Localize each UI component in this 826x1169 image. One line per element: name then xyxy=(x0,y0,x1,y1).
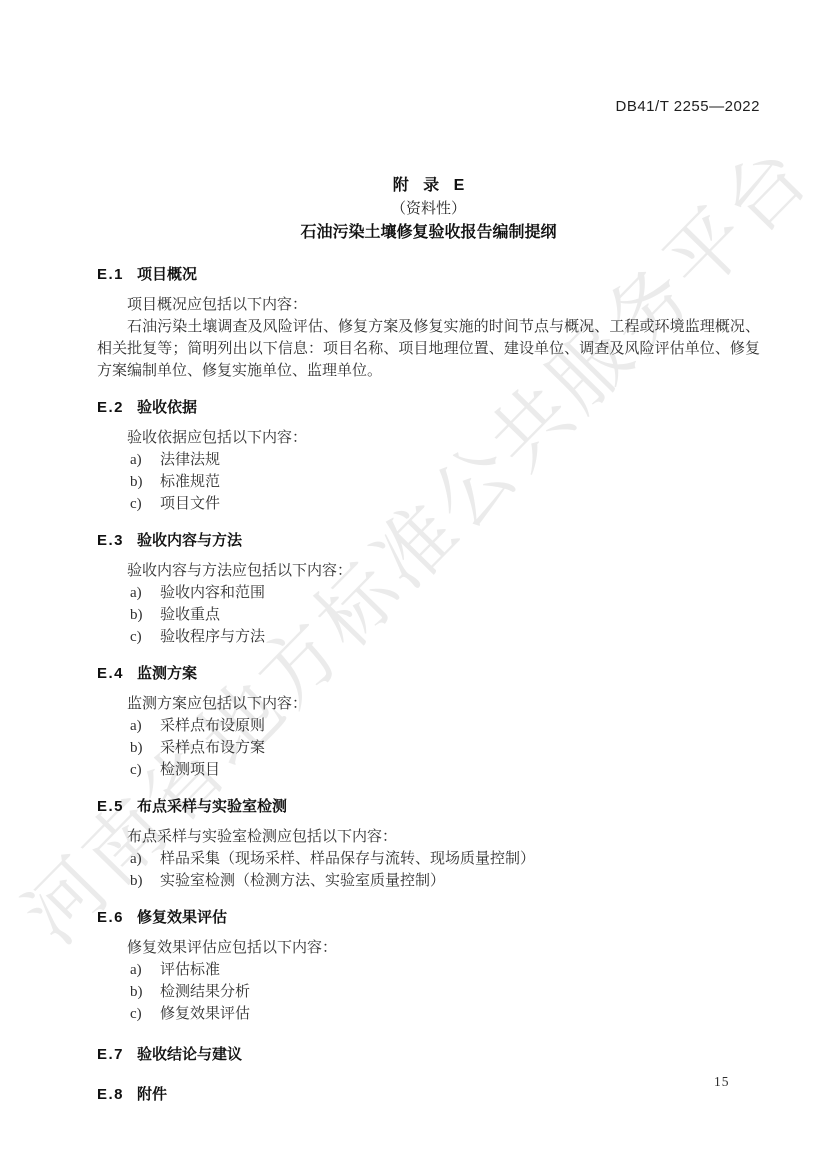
list-item-text: 评估标准 xyxy=(160,962,220,978)
list-item-text: 检测结果分析 xyxy=(160,984,250,1000)
section-intro: 项目概况应包括以下内容： xyxy=(97,294,760,316)
section-heading-text: 修复效果评估 xyxy=(137,909,227,926)
section-heading: E.7验收结论与建议 xyxy=(97,1045,760,1065)
list-item-label: a) xyxy=(130,848,160,870)
section-heading: E.5布点采样与实验室检测 xyxy=(97,797,760,817)
list-item: c)项目文件 xyxy=(97,493,760,515)
list-item: b)采样点布设方案 xyxy=(97,737,760,759)
list-item-text: 实验室检测（检测方法、实验室质量控制） xyxy=(160,873,445,889)
section-paragraph: 石油污染土壤调查及风险评估、修复方案及修复实施的时间节点与概况、工程或环境监理概… xyxy=(97,316,760,382)
section-number: E.5 xyxy=(97,797,124,817)
section-heading: E.1项目概况 xyxy=(97,265,760,285)
section-intro: 修复效果评估应包括以下内容： xyxy=(97,937,760,959)
appendix-label: 附 录 E xyxy=(97,174,760,198)
list-item-label: c) xyxy=(130,1003,160,1025)
section-intro: 验收内容与方法应包括以下内容： xyxy=(97,560,760,582)
section-heading-text: 附件 xyxy=(137,1086,167,1103)
list-item-text: 样品采集（现场采样、样品保存与流转、现场质量控制） xyxy=(160,851,535,867)
list-item-label: b) xyxy=(130,604,160,626)
section-e3: E.3验收内容与方法 验收内容与方法应包括以下内容： a)验收内容和范围 b)验… xyxy=(97,531,760,648)
section-heading-text: 验收依据 xyxy=(137,399,197,416)
section-heading-text: 布点采样与实验室检测 xyxy=(137,798,287,815)
list-item-label: c) xyxy=(130,626,160,648)
list-item: c)验收程序与方法 xyxy=(97,626,760,648)
list-item-text: 检测项目 xyxy=(160,762,220,778)
list-item-text: 验收程序与方法 xyxy=(160,629,265,645)
document-page: 河南省地方标准公共服务平台 DB41/T 2255—2022 附 录 E （资料… xyxy=(0,0,826,1169)
section-e6: E.6修复效果评估 修复效果评估应包括以下内容： a)评估标准 b)检测结果分析… xyxy=(97,908,760,1025)
list-item: b)验收重点 xyxy=(97,604,760,626)
list-item: b)检测结果分析 xyxy=(97,981,760,1003)
section-e5: E.5布点采样与实验室检测 布点采样与实验室检测应包括以下内容： a)样品采集（… xyxy=(97,797,760,892)
section-e4: E.4监测方案 监测方案应包括以下内容： a)采样点布设原则 b)采样点布设方案… xyxy=(97,664,760,781)
list-item-label: c) xyxy=(130,759,160,781)
list-item: a)采样点布设原则 xyxy=(97,715,760,737)
section-number: E.8 xyxy=(97,1085,124,1105)
list-item-label: c) xyxy=(130,493,160,515)
list-item: c)修复效果评估 xyxy=(97,1003,760,1025)
section-heading: E.2验收依据 xyxy=(97,398,760,418)
section-e8: E.8附件 xyxy=(97,1085,760,1105)
list-item-text: 采样点布设方案 xyxy=(160,740,265,756)
list-item: b)标准规范 xyxy=(97,471,760,493)
section-e1: E.1项目概况 项目概况应包括以下内容： 石油污染土壤调查及风险评估、修复方案及… xyxy=(97,265,760,382)
list-item-text: 项目文件 xyxy=(160,496,220,512)
list-item: a)法律法规 xyxy=(97,449,760,471)
list-item-label: b) xyxy=(130,737,160,759)
appendix-title-block: 附 录 E （资料性） 石油污染土壤修复验收报告编制提纲 xyxy=(97,174,760,245)
list-item-label: a) xyxy=(130,959,160,981)
appendix-type-note: （资料性） xyxy=(97,198,760,221)
list-item-text: 标准规范 xyxy=(160,474,220,490)
section-number: E.1 xyxy=(97,265,124,285)
section-intro: 验收依据应包括以下内容： xyxy=(97,427,760,449)
appendix-name: 石油污染土壤修复验收报告编制提纲 xyxy=(97,221,760,245)
list-item-text: 法律法规 xyxy=(160,452,220,468)
page-content: 附 录 E （资料性） 石油污染土壤修复验收报告编制提纲 E.1项目概况 项目概… xyxy=(97,174,760,1114)
page-number: 15 xyxy=(714,1074,730,1090)
list-item-label: b) xyxy=(130,870,160,892)
list-item-label: b) xyxy=(130,471,160,493)
list-item: a)样品采集（现场采样、样品保存与流转、现场质量控制） xyxy=(97,848,760,870)
section-number: E.4 xyxy=(97,664,124,684)
section-heading-text: 项目概况 xyxy=(137,266,197,283)
list-item: c)检测项目 xyxy=(97,759,760,781)
section-intro: 布点采样与实验室检测应包括以下内容： xyxy=(97,826,760,848)
list-item: a)评估标准 xyxy=(97,959,760,981)
list-item-label: a) xyxy=(130,715,160,737)
list-item-label: a) xyxy=(130,449,160,471)
list-item-text: 采样点布设原则 xyxy=(160,718,265,734)
section-heading: E.8附件 xyxy=(97,1085,760,1105)
section-heading-text: 验收结论与建议 xyxy=(137,1046,242,1063)
section-heading: E.4监测方案 xyxy=(97,664,760,684)
section-e2: E.2验收依据 验收依据应包括以下内容： a)法律法规 b)标准规范 c)项目文… xyxy=(97,398,760,515)
list-item: b)实验室检测（检测方法、实验室质量控制） xyxy=(97,870,760,892)
section-number: E.3 xyxy=(97,531,124,551)
section-e7: E.7验收结论与建议 xyxy=(97,1045,760,1065)
list-item-label: a) xyxy=(130,582,160,604)
section-number: E.6 xyxy=(97,908,124,928)
section-heading: E.6修复效果评估 xyxy=(97,908,760,928)
section-number: E.2 xyxy=(97,398,124,418)
list-item-text: 验收内容和范围 xyxy=(160,585,265,601)
standard-code: DB41/T 2255—2022 xyxy=(616,98,761,115)
section-intro: 监测方案应包括以下内容： xyxy=(97,693,760,715)
list-item-label: b) xyxy=(130,981,160,1003)
section-number: E.7 xyxy=(97,1045,124,1065)
section-heading-text: 监测方案 xyxy=(137,665,197,682)
section-heading: E.3验收内容与方法 xyxy=(97,531,760,551)
list-item-text: 验收重点 xyxy=(160,607,220,623)
list-item: a)验收内容和范围 xyxy=(97,582,760,604)
section-heading-text: 验收内容与方法 xyxy=(137,532,242,549)
list-item-text: 修复效果评估 xyxy=(160,1006,250,1022)
